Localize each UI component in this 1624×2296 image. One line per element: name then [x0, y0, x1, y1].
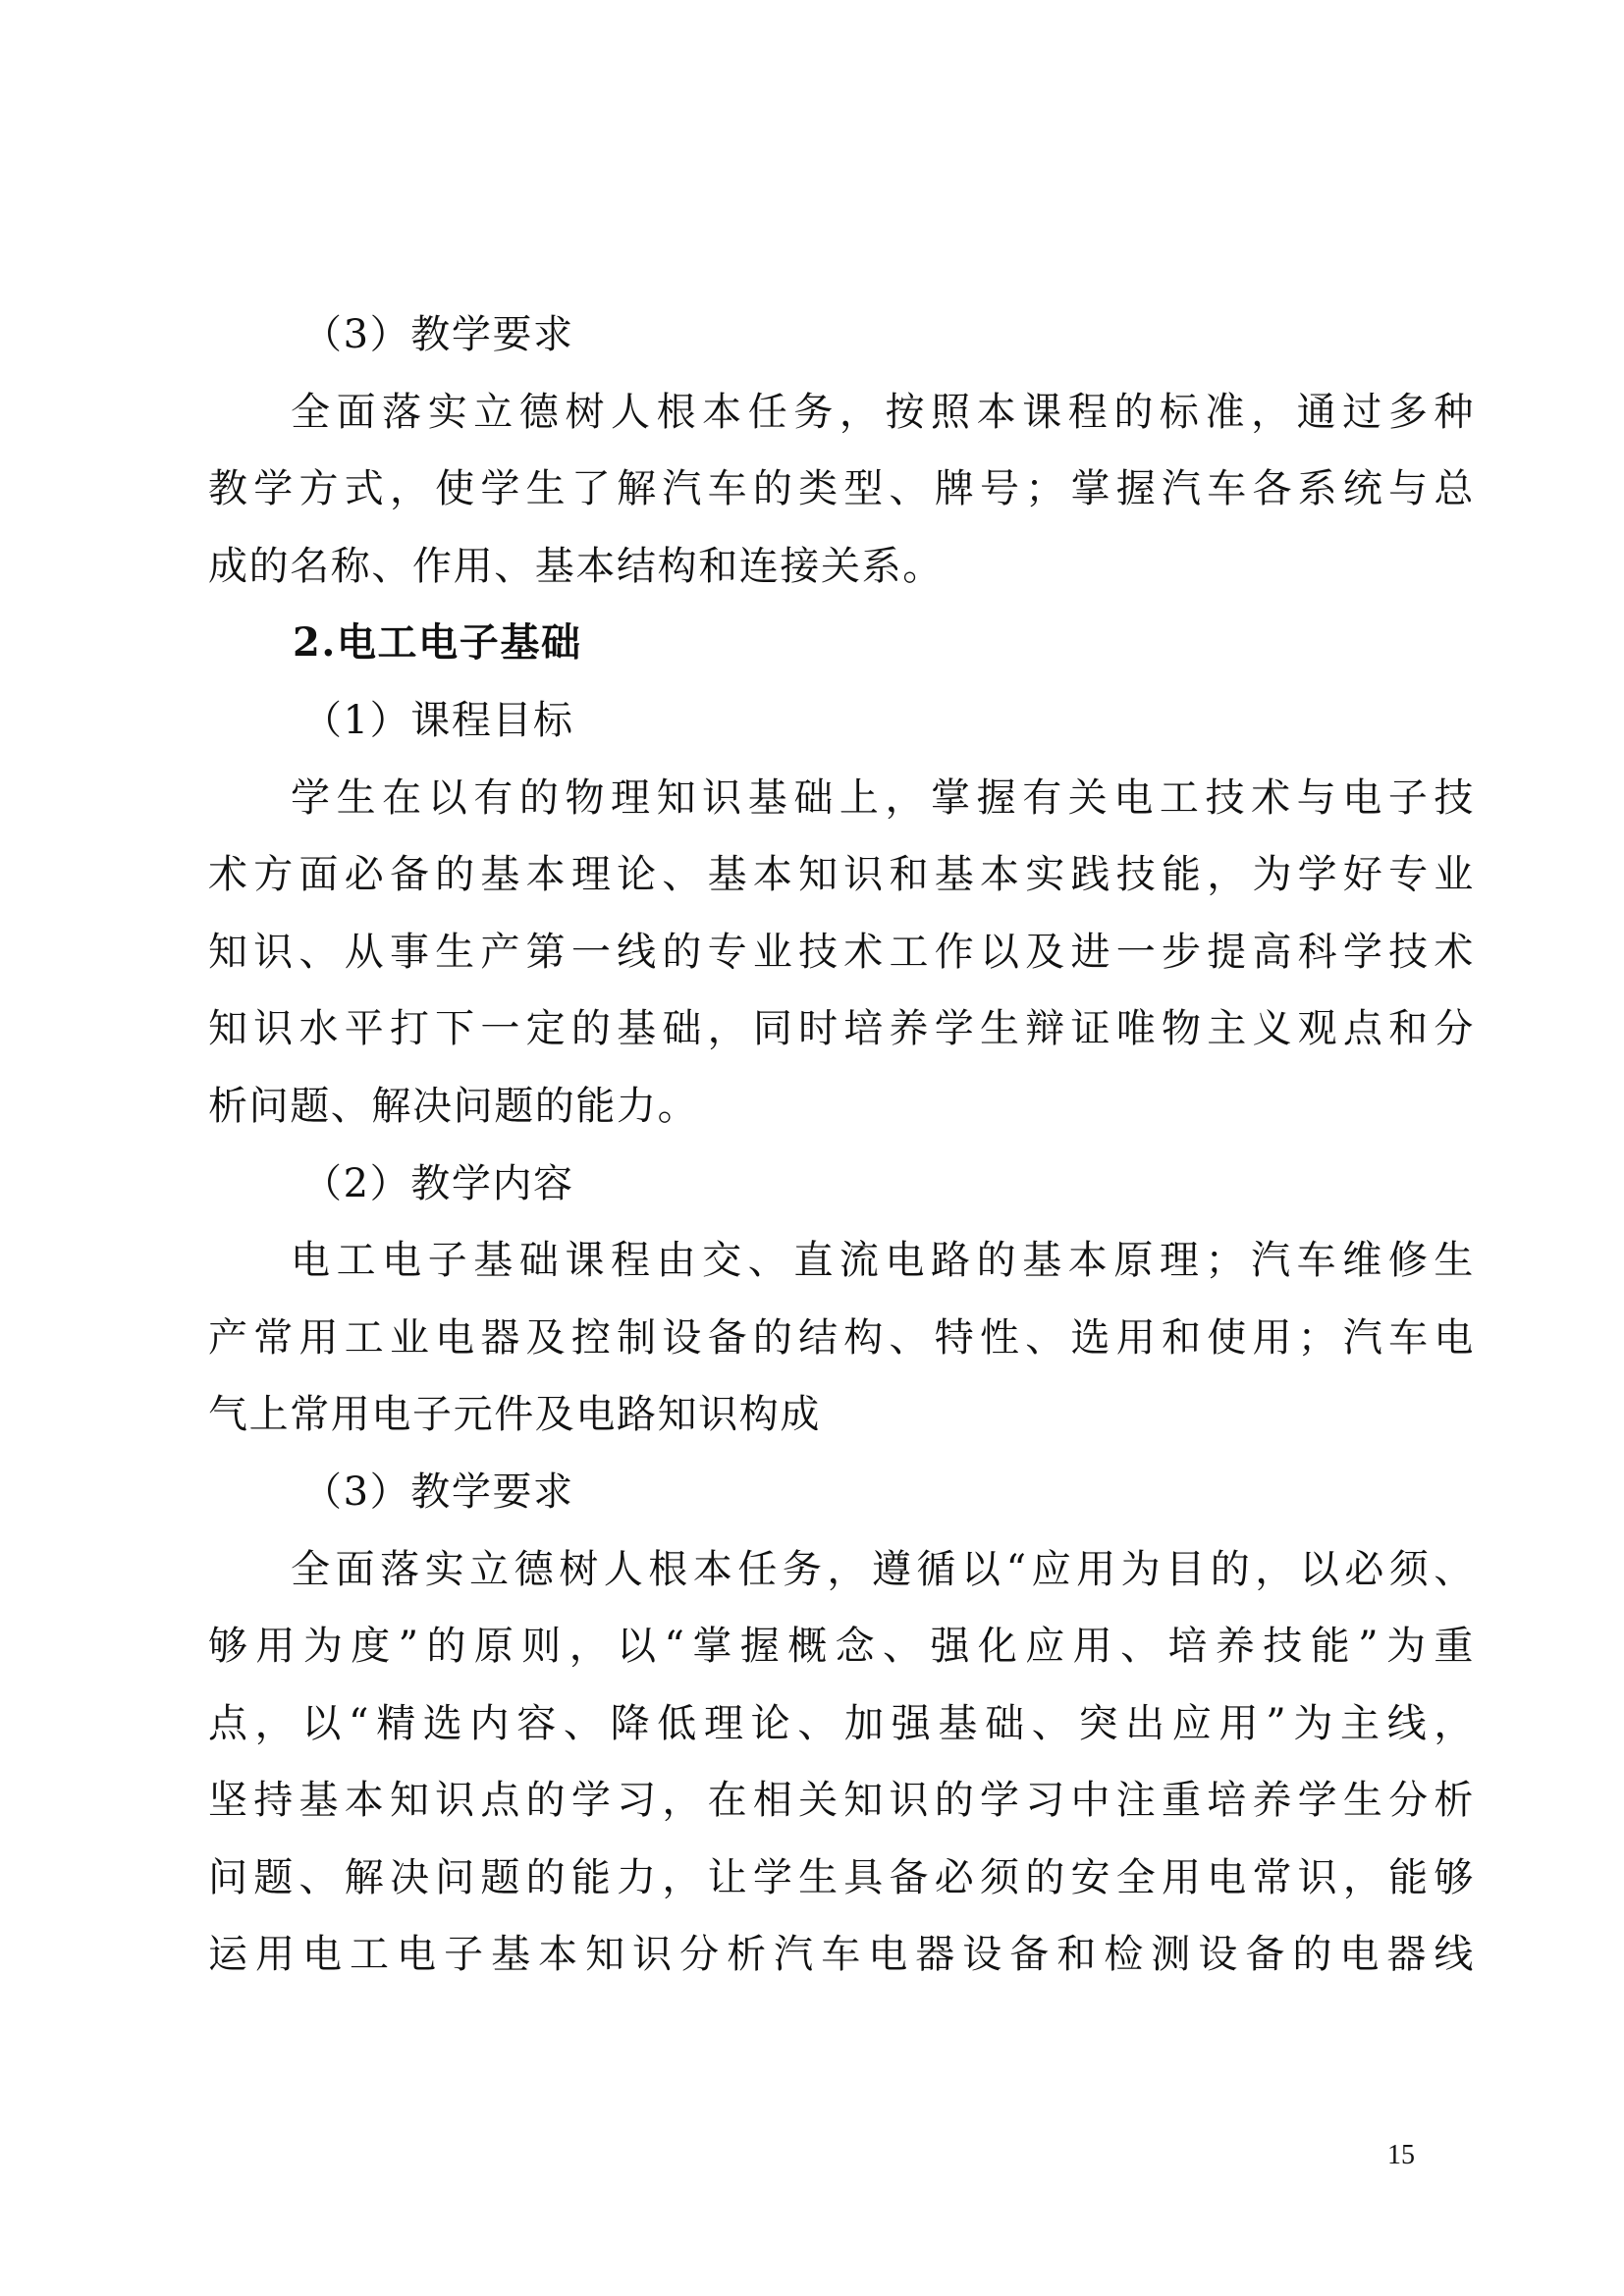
subheading-teaching-requirements-2: （3）教学要求 — [208, 1454, 1475, 1531]
paragraph-objectives: 学生在以有的物理知识基础上，掌握有关电工技术与电子技 术方面必备的基本理论、基本… — [208, 760, 1475, 1146]
paragraph-line: 产常用工业电器及控制设备的结构、特性、选用和使用；汽车电 — [208, 1300, 1475, 1377]
document-page: （3）教学要求 全面落实立德树人根本任务，按照本课程的标准，通过多种 教学方式，… — [208, 296, 1475, 1994]
paragraph-line: 电工电子基础课程由交、直流电路的基本原理；汽车维修生 — [208, 1222, 1475, 1300]
paragraph-line: 全面落实立德树人根本任务，按照本课程的标准，通过多种 — [208, 374, 1475, 452]
paragraph-line: 气上常用电子元件及电路知识构成 — [208, 1376, 1475, 1454]
paragraph-line: 知识水平打下一定的基础，同时培养学生辩证唯物主义观点和分 — [208, 990, 1475, 1068]
paragraph-line: 术方面必备的基本理论、基本知识和基本实践技能，为学好专业 — [208, 836, 1475, 914]
paragraph-line: 问题、解决问题的能力，让学生具备必须的安全用电常识，能够 — [208, 1840, 1475, 1917]
paragraph-line: 学生在以有的物理知识基础上，掌握有关电工技术与电子技 — [208, 760, 1475, 837]
section-heading-electrical-basics: 2.电工电子基础 — [208, 605, 1475, 682]
paragraph-line: 成的名称、作用、基本结构和连接关系。 — [208, 528, 1475, 606]
subheading-teaching-requirements: （3）教学要求 — [208, 296, 1475, 374]
paragraph-line: 点，以“精选内容、降低理论、加强基础、突出应用”为主线， — [208, 1685, 1475, 1763]
subheading-course-objectives: （1）课程目标 — [208, 682, 1475, 760]
paragraph-line: 运用电工电子基本知识分析汽车电器设备和检测设备的电器线 — [208, 1916, 1475, 1994]
paragraph-line: 坚持基本知识点的学习，在相关知识的学习中注重培养学生分析 — [208, 1762, 1475, 1840]
paragraph-requirements-2: 全面落实立德树人根本任务，遵循以“应用为目的，以必须、 够用为度”的原则，以“掌… — [208, 1531, 1475, 1995]
paragraph-line: 全面落实立德树人根本任务，遵循以“应用为目的，以必须、 — [208, 1531, 1475, 1609]
subheading-teaching-content: （2）教学内容 — [208, 1146, 1475, 1223]
paragraph-content: 电工电子基础课程由交、直流电路的基本原理；汽车维修生 产常用工业电器及控制设备的… — [208, 1222, 1475, 1454]
page-number: 15 — [1387, 2140, 1415, 2171]
paragraph-line: 够用为度”的原则，以“掌握概念、强化应用、培养技能”为重 — [208, 1608, 1475, 1685]
paragraph-requirements-1: 全面落实立德树人根本任务，按照本课程的标准，通过多种 教学方式，使学生了解汽车的… — [208, 374, 1475, 606]
paragraph-line: 析问题、解决问题的能力。 — [208, 1068, 1475, 1146]
paragraph-line: 知识、从事生产第一线的专业技术工作以及进一步提高科学技术 — [208, 914, 1475, 991]
paragraph-line: 教学方式，使学生了解汽车的类型、牌号；掌握汽车各系统与总 — [208, 451, 1475, 528]
